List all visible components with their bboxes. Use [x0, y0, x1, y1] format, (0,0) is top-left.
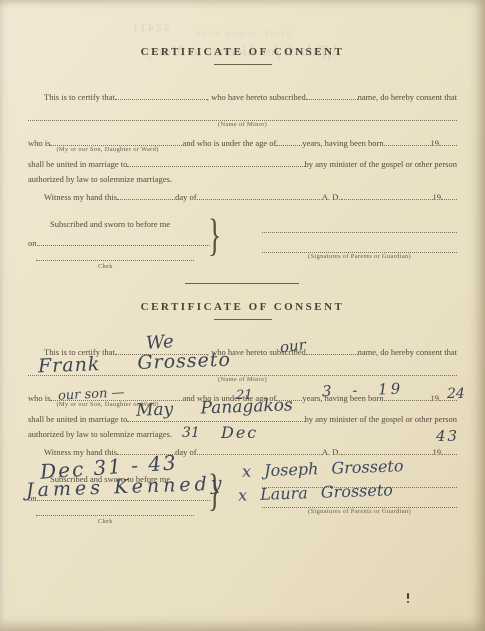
- ghost-serial-number: 22411: [131, 20, 170, 35]
- minor-name-line: (Name of Minor): [28, 119, 457, 121]
- ink-speck: [407, 593, 409, 599]
- brace-glyph: }: [208, 467, 221, 513]
- ad-label: A. D.: [322, 447, 341, 457]
- witness-label: Witness my hand this: [44, 192, 117, 202]
- signatures-caption: (Signatures of Parents or Guardian): [262, 508, 457, 515]
- clerk-caption: Clerk: [98, 518, 112, 525]
- age-blank: [276, 399, 302, 401]
- year-prefix: 19: [433, 447, 442, 457]
- birth-date-blank: [384, 399, 431, 401]
- spouse-name-blank: [127, 165, 304, 167]
- witness-month-blank: [197, 453, 322, 455]
- relation-age-line: who is (My or our Son, Daughter or Ward)…: [28, 393, 457, 403]
- witness-label: Witness my hand this: [44, 447, 117, 457]
- authorized-label: authorized by law to solemnize marriages…: [28, 429, 172, 439]
- certify-line: This is to certify that , who have heret…: [28, 92, 457, 102]
- section-divider-rule: [185, 283, 299, 284]
- relation-caption: (My or our Son, Daughter or Ward): [56, 146, 158, 153]
- subscribed-label: Subscribed and sworn to before me: [28, 474, 210, 484]
- sworn-signatures-block: Subscribed and sworn to before me on Cle…: [28, 474, 457, 516]
- minister-label: by any minister of the gospel or other p…: [305, 414, 458, 424]
- clerk-signature-blank: [36, 259, 194, 261]
- witness-line: Witness my hand this day of A. D. 19: [28, 192, 457, 202]
- birth-year-blank: [439, 144, 457, 146]
- clerk-block: Subscribed and sworn to before me on Cle…: [28, 219, 210, 261]
- subscribed-label: Subscribed and sworn to before me: [28, 219, 210, 229]
- relation-caption: (My or our Son, Daughter or Ward): [56, 401, 158, 408]
- witness-day-blank: [117, 453, 175, 455]
- minor-name-line: (Name of Minor): [28, 374, 457, 376]
- marriage-line: shall be united in marriage to by any mi…: [28, 414, 457, 424]
- relation-blank: (My or our Son, Daughter or Ward): [50, 399, 182, 401]
- witness-day-blank: [117, 198, 175, 200]
- year-prefix: 19: [433, 192, 442, 202]
- relation-blank: (My or our Son, Daughter or Ward): [50, 144, 182, 146]
- certify-mid: , who have hereto subscribed: [207, 347, 306, 357]
- minor-name-blank: (Name of Minor): [28, 374, 457, 376]
- age-label: and who is under the age of: [182, 393, 276, 403]
- parents-signature-block: (Signatures of Parents or Guardian): [262, 219, 457, 261]
- certificate-title: CERTIFICATE OF CONSENT: [0, 46, 485, 58]
- subscribed-name-blank: [306, 98, 358, 100]
- witness-year-blank: [441, 453, 457, 455]
- authorized-line: authorized by law to solemnize marriages…: [28, 429, 457, 439]
- spouse-name-blank: [127, 420, 304, 422]
- birth-year-blank: [439, 399, 457, 401]
- born-label: years, having been born: [302, 138, 383, 148]
- subscriber-blank: [115, 98, 207, 100]
- minor-caption: (Name of Minor): [28, 376, 457, 383]
- certificate-of-consent-filled: CERTIFICATE OF CONSENT This is to certif…: [0, 301, 485, 516]
- authorized-line: authorized by law to solemnize marriages…: [28, 174, 457, 184]
- marriage-label: shall be united in marriage to: [28, 414, 127, 424]
- clerk-caption: Clerk: [98, 263, 112, 270]
- age-label: and who is under the age of: [182, 138, 276, 148]
- minor-caption: (Name of Minor): [28, 121, 457, 128]
- brace-glyph: }: [208, 212, 221, 258]
- sworn-date-blank: [37, 499, 211, 501]
- sworn-signatures-block: Subscribed and sworn to before me on Cle…: [28, 219, 457, 261]
- certify-suffix: name, do hereby consent that: [358, 92, 457, 102]
- who-is-label: who is: [28, 393, 50, 403]
- ad-blank: [341, 198, 433, 200]
- clerk-signature-blank: [36, 514, 194, 516]
- parent-signature-line-1: [262, 231, 457, 233]
- certify-suffix: name, do hereby consent that: [358, 347, 457, 357]
- certify-prefix: This is to certify that: [44, 92, 115, 102]
- clerk-block: Subscribed and sworn to before me on Cle…: [28, 474, 210, 516]
- day-of-label: day of: [175, 447, 196, 457]
- certificate-of-consent-blank: CERTIFICATE OF CONSENT This is to certif…: [0, 46, 485, 261]
- witness-year-blank: [441, 198, 457, 200]
- ad-blank: [341, 453, 433, 455]
- relation-age-line: who is (My or our Son, Daughter or Ward)…: [28, 138, 457, 148]
- ghost-state-line: STATE OF NEW YORK: [0, 30, 485, 39]
- minister-label: by any minister of the gospel or other p…: [305, 159, 458, 169]
- authorized-label: authorized by law to solemnize marriages…: [28, 174, 172, 184]
- subscribed-name-blank: [306, 353, 358, 355]
- born-label: years, having been born: [302, 393, 383, 403]
- sworn-date-blank: [37, 244, 211, 246]
- parent-signature-line-2: (Signatures of Parents or Guardian): [262, 251, 457, 253]
- parents-signature-block: (Signatures of Parents or Guardian): [262, 474, 457, 516]
- born-year-prefix: 19: [431, 393, 440, 403]
- ad-label: A. D.: [322, 192, 341, 202]
- scanned-certificate-page: 22411 STATE OF NEW YORK Affidavit for Li…: [0, 0, 485, 631]
- marriage-label: shall be united in marriage to: [28, 159, 127, 169]
- certify-mid: , who have hereto subscribed: [207, 92, 306, 102]
- certificate-title: CERTIFICATE OF CONSENT: [0, 301, 485, 313]
- certify-line: This is to certify that , who have heret…: [28, 347, 457, 357]
- on-label: on: [28, 493, 37, 503]
- day-of-label: day of: [175, 192, 196, 202]
- marriage-line: shall be united in marriage to by any mi…: [28, 159, 457, 169]
- age-blank: [276, 144, 302, 146]
- parent-signature-line-2: (Signatures of Parents or Guardian): [262, 506, 457, 508]
- birth-date-blank: [384, 144, 431, 146]
- on-label: on: [28, 238, 37, 248]
- minor-name-blank: (Name of Minor): [28, 119, 457, 121]
- who-is-label: who is: [28, 138, 50, 148]
- born-year-prefix: 19: [431, 138, 440, 148]
- witness-month-blank: [197, 198, 322, 200]
- certify-prefix: This is to certify that: [44, 347, 115, 357]
- subscriber-blank: [115, 353, 207, 355]
- title-rule: [214, 319, 272, 320]
- title-rule: [214, 64, 272, 65]
- signatures-caption: (Signatures of Parents or Guardian): [262, 253, 457, 260]
- witness-line: Witness my hand this day of A. D. 19: [28, 447, 457, 457]
- parent-signature-line-1: [262, 486, 457, 488]
